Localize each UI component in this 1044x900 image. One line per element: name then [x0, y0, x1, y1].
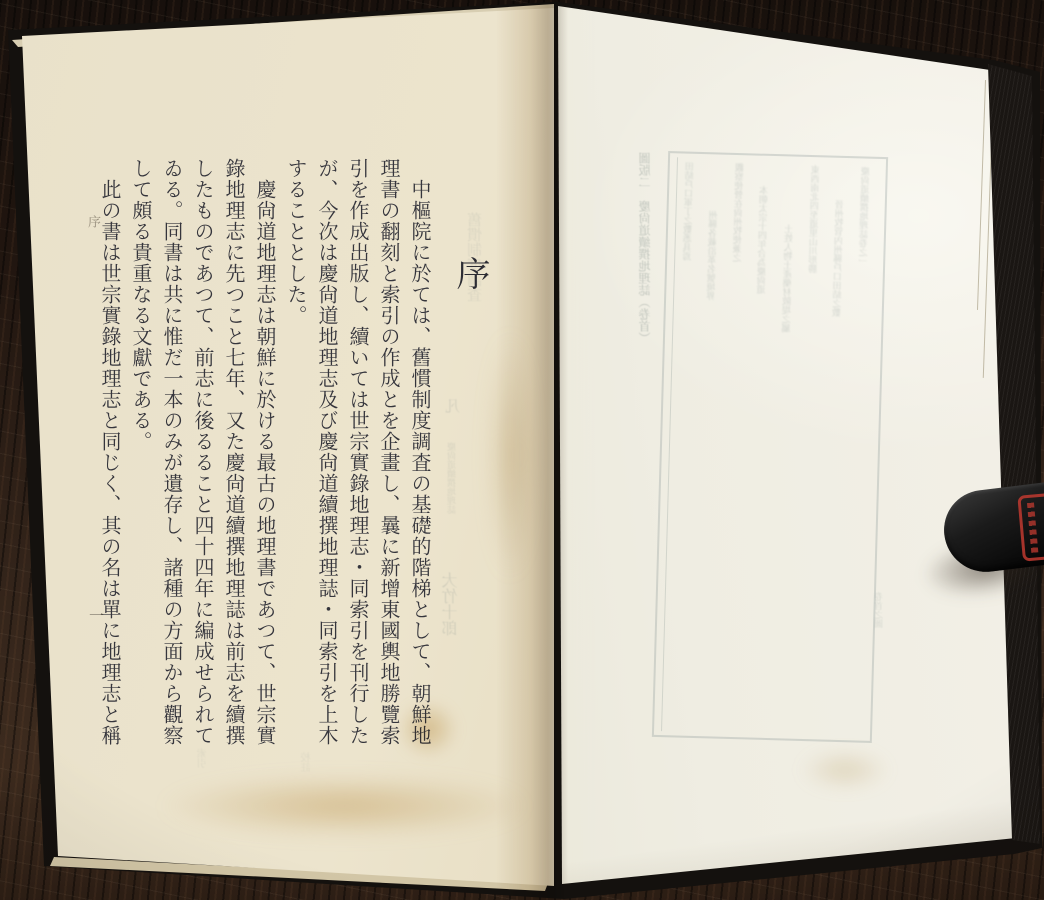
showthrough-plate-caption: 圖版二 慶尙道續撰地理誌（卷首） — [638, 152, 653, 452]
page-number: 一 — [85, 608, 106, 623]
plate-column: 東西南北四至道里山川形勝 — [794, 165, 822, 731]
plate-column: 州縣各載沿革名號境界 — [693, 210, 719, 728]
red-seal-stamp — [1017, 492, 1044, 562]
showthrough-beside-title: 舊慣制度調査 — [465, 212, 486, 442]
preface-paragraph-1: 中樞院に於ては、舊慣制度調査の基礎的階梯として、朝鮮地理書の翻刻と索引の作成とを… — [279, 158, 434, 750]
plate-column: 晉州牧管內州縣戶口田結之數 — [819, 200, 846, 732]
preface-paragraph-2: 慶尙道地理志は朝鮮に於ける最古の地理書であつて、世宗實錄地理志に先つこと七年、又… — [124, 158, 279, 750]
showthrough-plate-frame: 慶尙道續撰地理誌卷之一 晉州牧管內州縣戶口田結之數 東西南北四至道里山川形勝 土… — [652, 151, 888, 743]
plate-column: 觀察使營在尙州牧使兼之 — [718, 163, 746, 729]
plate-column: 田結戶口軍丁之數悉具焉 — [668, 161, 696, 727]
gutter-shadow — [496, 0, 596, 900]
showthrough-plate-text: 慶尙道續撰地理誌卷之一 晉州牧管內州縣戶口田結之數 東西南北四至道里山川形勝 土… — [668, 161, 872, 732]
showthrough-side-column: 卷首之圖 — [874, 592, 885, 702]
showthrough-bottom-column-1: 索引 — [196, 748, 211, 768]
stain-bottom-band — [118, 768, 530, 844]
plate-column: 本朝太宗十四年合為慶尙道 — [744, 186, 771, 730]
showthrough-bottom-column-2: 校註 — [300, 752, 315, 772]
preface-paragraph-3: 此の書は世宗實錄地理志と同じく、其の名は單に地理志と稱 — [93, 158, 124, 750]
book-photo: 舊慣制度調査 凡 慶尙道續撰地理誌 大竹十郎 索引 校註 序 序 中樞院に於ては… — [0, 0, 1044, 900]
preface-text: 中樞院に於ては、舊慣制度調査の基礎的階梯として、朝鮮地理書の翻刻と索引の作成とを… — [88, 158, 434, 750]
showthrough-small-column: 慶尙道續撰地理誌 — [447, 442, 458, 542]
plate-column: 慶尙道續撰地理誌卷之一 — [844, 166, 872, 732]
plate-column: 土姓人物土產藥材陂堤之屬 — [769, 224, 795, 730]
showthrough-mark: 凡 — [443, 398, 464, 413]
showthrough-name-column: 大竹十郎 — [440, 572, 463, 712]
preface-title: 序 — [445, 256, 494, 290]
